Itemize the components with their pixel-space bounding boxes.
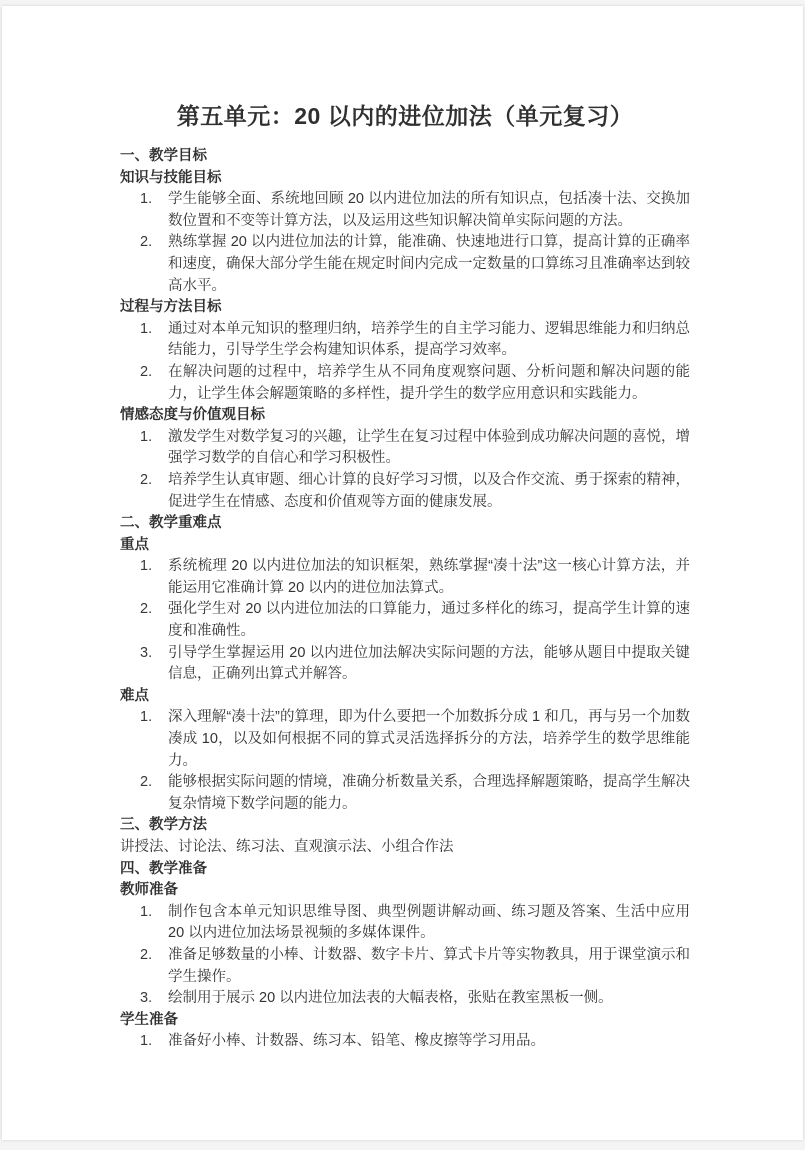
item-text: 学生能够全面、系统地回顾 20 以内进位加法的所有知识点，包括凑十法、交换加数位… [168,189,690,232]
item-number: 3. [140,988,168,1010]
subsection-teacher-preparation: 教师准备 [120,880,690,902]
item-number: 1. [140,427,168,470]
subsection-process-methods: 过程与方法目标 [120,297,690,319]
subsection-affect-values: 情感态度与价值观目标 [120,405,690,427]
item-text: 熟练掌握 20 以内进位加法的计算，能准确、快速地进行口算，提高计算的正确率和速… [168,232,690,297]
list-item: 2. 熟练掌握 20 以内进位加法的计算，能准确、快速地进行口算，提高计算的正确… [120,232,690,297]
item-text: 制作包含本单元知识思维导图、典型例题讲解动画、练习题及答案、生活中应用 20 以… [168,902,690,945]
item-number: 1. [140,319,168,362]
section-heading-key-points: 二、教学重难点 [120,513,690,535]
list-item: 2. 强化学生对 20 以内进位加法的口算能力，通过多样化的练习，提高学生计算的… [120,599,690,642]
item-text: 强化学生对 20 以内进位加法的口算能力，通过多样化的练习，提高学生计算的速度和… [168,599,690,642]
item-number: 1. [140,556,168,599]
item-text: 系统梳理 20 以内进位加法的知识框架，熟练掌握“凑十法”这一核心计算方法，并能… [168,556,690,599]
item-number: 1. [140,1031,168,1053]
item-number: 2. [140,945,168,988]
list-item: 3. 引导学生掌握运用 20 以内进位加法解决实际问题的方法，能够从题目中提取关… [120,643,690,686]
subsection-knowledge-skills: 知识与技能目标 [120,168,690,190]
list-item: 2. 培养学生认真审题、细心计算的良好学习习惯，以及合作交流、勇于探索的精神，促… [120,470,690,513]
document-body: 一、教学目标 知识与技能目标 1. 学生能够全面、系统地回顾 20 以内进位加法… [120,146,690,1053]
item-number: 1. [140,902,168,945]
list-item: 1. 准备好小棒、计数器、练习本、铅笔、橡皮擦等学习用品。 [120,1031,690,1053]
section-heading-preparation: 四、教学准备 [120,859,690,881]
page-title: 第五单元：20 以内的进位加法（单元复习） [120,100,690,133]
list-item: 3. 绘制用于展示 20 以内进位加法表的大幅表格，张贴在教室黑板一侧。 [120,988,690,1010]
list-item: 1. 深入理解“凑十法”的算理，即为什么要把一个加数拆分成 1 和几，再与另一个… [120,707,690,772]
list-item: 2. 准备足够数量的小棒、计数器、数字卡片、算式卡片等实物教具，用于课堂演示和学… [120,945,690,988]
item-text: 准备好小棒、计数器、练习本、铅笔、橡皮擦等学习用品。 [168,1031,690,1053]
subsection-difficult-points: 难点 [120,686,690,708]
item-text: 绘制用于展示 20 以内进位加法表的大幅表格，张贴在教室黑板一侧。 [168,988,690,1010]
item-number: 2. [140,772,168,815]
subsection-student-preparation: 学生准备 [120,1010,690,1032]
item-text: 准备足够数量的小棒、计数器、数字卡片、算式卡片等实物教具，用于课堂演示和学生操作… [168,945,690,988]
subsection-key-points: 重点 [120,535,690,557]
item-number: 2. [140,470,168,513]
item-number: 1. [140,189,168,232]
list-item: 2. 能够根据实际问题的情境，准确分析数量关系，合理选择解题策略，提高学生解决复… [120,772,690,815]
item-text: 在解决问题的过程中，培养学生从不同角度观察问题、分析问题和解决问题的能力，让学生… [168,362,690,405]
item-number: 2. [140,232,168,297]
item-text: 培养学生认真审题、细心计算的良好学习习惯，以及合作交流、勇于探索的精神，促进学生… [168,470,690,513]
item-number: 1. [140,707,168,772]
list-item: 2. 在解决问题的过程中，培养学生从不同角度观察问题、分析问题和解决问题的能力，… [120,362,690,405]
item-number: 2. [140,362,168,405]
item-text: 引导学生掌握运用 20 以内进位加法解决实际问题的方法，能够从题目中提取关键信息… [168,643,690,686]
item-number: 3. [140,643,168,686]
section-heading-teaching-methods: 三、教学方法 [120,815,690,837]
list-item: 1. 激发学生对数学复习的兴趣，让学生在复习过程中体验到成功解决问题的喜悦，增强… [120,427,690,470]
item-text: 激发学生对数学复习的兴趣，让学生在复习过程中体验到成功解决问题的喜悦，增强学习数… [168,427,690,470]
list-item: 1. 制作包含本单元知识思维导图、典型例题讲解动画、练习题及答案、生活中应用 2… [120,902,690,945]
item-text: 通过对本单元知识的整理归纳，培养学生的自主学习能力、逻辑思维能力和归纳总结能力，… [168,319,690,362]
list-item: 1. 学生能够全面、系统地回顾 20 以内进位加法的所有知识点，包括凑十法、交换… [120,189,690,232]
document-page: 第五单元：20 以内的进位加法（单元复习） 一、教学目标 知识与技能目标 1. … [2,6,803,1140]
item-number: 2. [140,599,168,642]
item-text: 深入理解“凑十法”的算理，即为什么要把一个加数拆分成 1 和几，再与另一个加数凑… [168,707,690,772]
teaching-methods-text: 讲授法、讨论法、练习法、直观演示法、小组合作法 [120,837,690,859]
section-heading-objectives: 一、教学目标 [120,146,690,168]
item-text: 能够根据实际问题的情境，准确分析数量关系，合理选择解题策略，提高学生解决复杂情境… [168,772,690,815]
list-item: 1. 系统梳理 20 以内进位加法的知识框架，熟练掌握“凑十法”这一核心计算方法… [120,556,690,599]
list-item: 1. 通过对本单元知识的整理归纳，培养学生的自主学习能力、逻辑思维能力和归纳总结… [120,319,690,362]
